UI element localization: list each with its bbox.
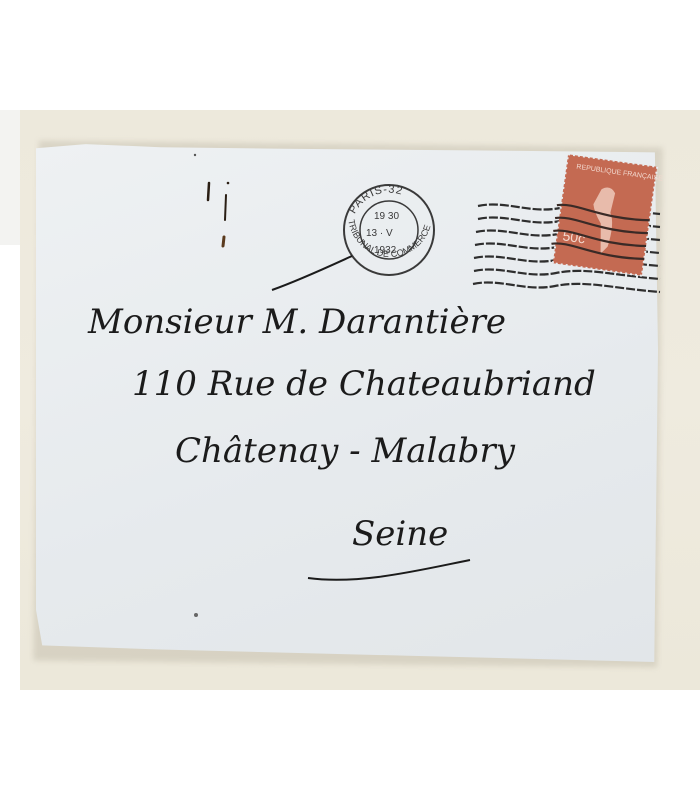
postage-stamp: REPUBLIQUE FRANÇAISE 50c: [549, 154, 665, 277]
postmark: PARIS-32 TRIBUNAL DE COMMERCE 19 30 13 ·…: [344, 184, 434, 275]
address-line-1: Monsieur M. Darantière: [87, 302, 506, 342]
svg-text:1932: 1932: [374, 245, 397, 256]
address-line-4: Seine: [352, 514, 448, 554]
underline-flourish: [308, 560, 470, 580]
address-line-3: Châtenay - Malabry: [175, 431, 516, 471]
address-line-2: 110 Rue de Chateaubriand: [132, 364, 596, 404]
handwritten-address: Monsieur M. Darantière 110 Rue de Chatea…: [87, 256, 596, 580]
svg-text:19 30: 19 30: [374, 211, 399, 222]
svg-text:13 · V: 13 · V: [366, 228, 393, 239]
envelope-markings: REPUBLIQUE FRANÇAISE 50c PARIS-32 TRIBUN…: [0, 0, 700, 800]
